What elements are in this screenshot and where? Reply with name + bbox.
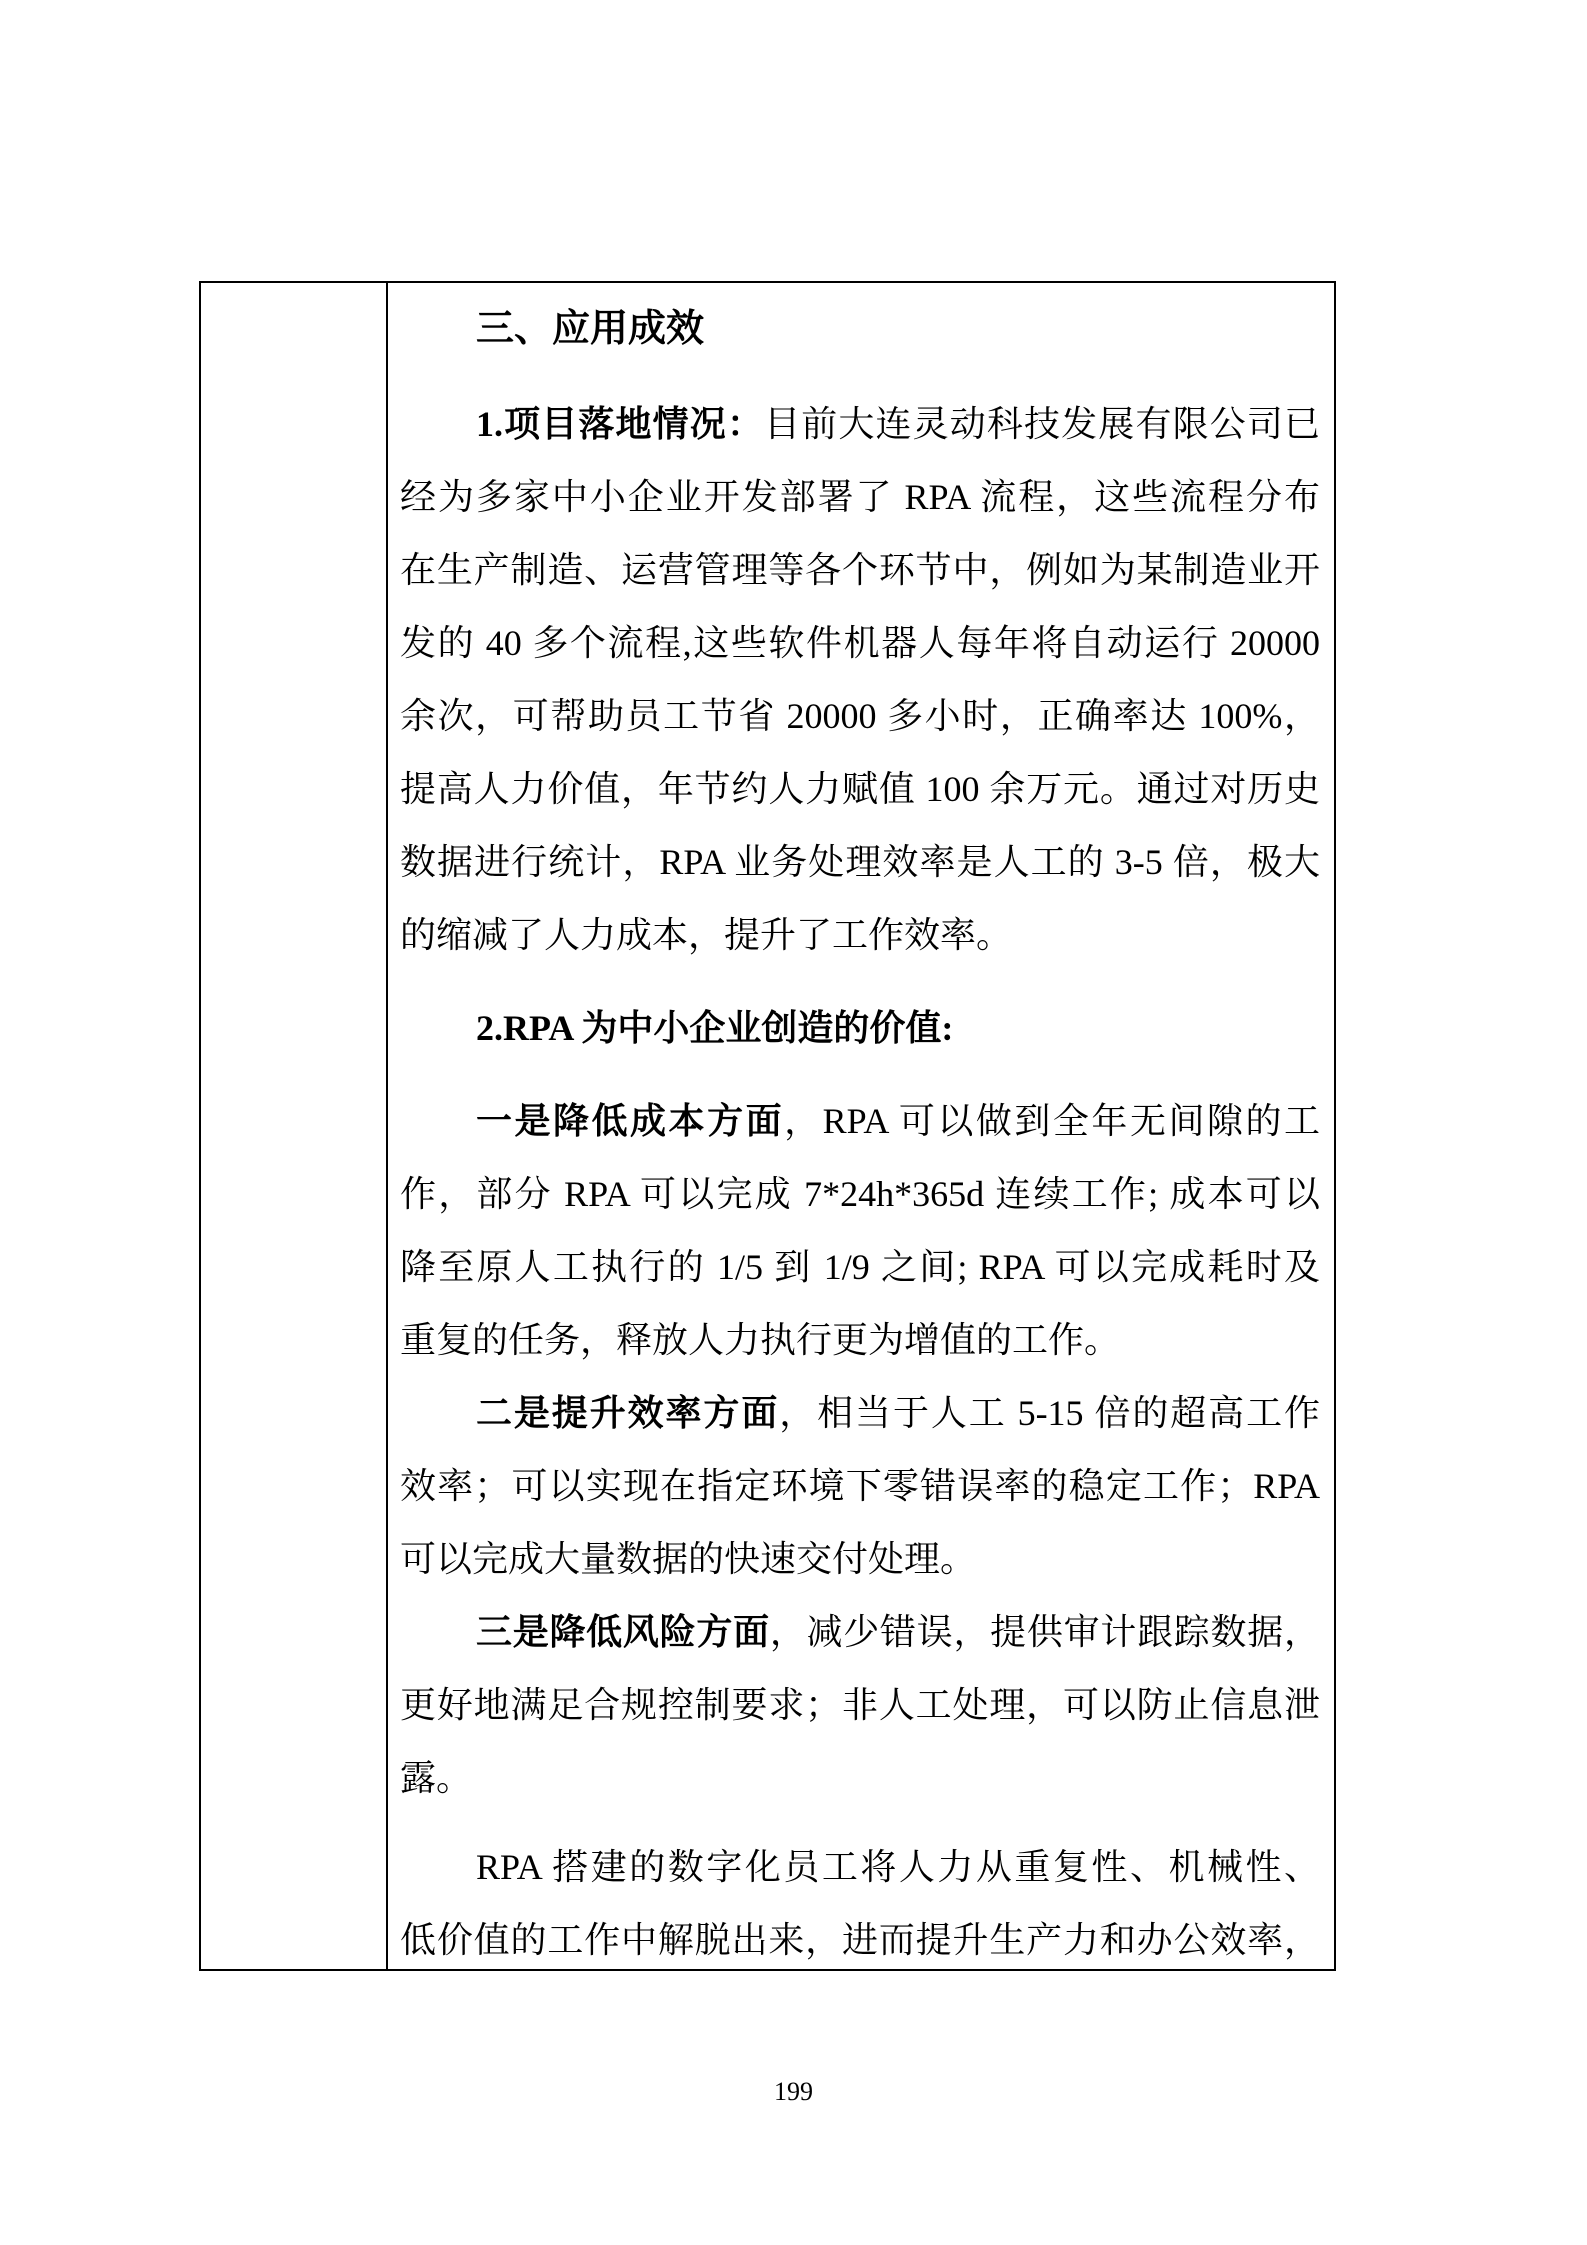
- text-segment: 提高人力价值，年节约人力赋值 100 余万元。通过对历史: [400, 769, 1320, 809]
- bold-text-segment: 1.项目落地情况：: [476, 404, 764, 444]
- text-segment: 更好地满足合规控制要求；非人工处理，可以防止信息泄: [400, 1685, 1320, 1725]
- text-segment: ，减少错误，提供审计跟踪数据，: [770, 1612, 1320, 1652]
- text-segment: 余次，可帮助员工节省 20000 多小时，正确率达 100%，: [400, 696, 1320, 736]
- document-table: 三、应用成效1.项目落地情况：目前大连灵动科技发展有限公司已经为多家中小企业开发…: [199, 281, 1336, 1971]
- text-segment: ，相当于人工 5-15 倍的超高工作: [779, 1393, 1320, 1433]
- text-line: 三是降低风险方面，减少错误，提供审计跟踪数据，: [400, 1596, 1320, 1669]
- text-line: RPA 搭建的数字化员工将人力从重复性、机械性、: [400, 1831, 1320, 1904]
- text-segment: 效率；可以实现在指定环境下零错误率的稳定工作；RPA: [400, 1466, 1320, 1506]
- text-line: 发的 40 多个流程,这些软件机器人每年将自动运行 20000: [400, 607, 1320, 680]
- text-segment: RPA 搭建的数字化员工将人力从重复性、机械性、: [476, 1847, 1320, 1887]
- text-line: 余次，可帮助员工节省 20000 多小时，正确率达 100%，: [400, 680, 1320, 753]
- text-segment: 可以完成大量数据的快速交付处理。: [400, 1539, 976, 1579]
- text-segment: 目前大连灵动科技发展有限公司已: [764, 404, 1320, 444]
- bold-text-segment: 2.RPA 为中小企业创造的价值:: [476, 1008, 953, 1048]
- text-line: 在生产制造、运营管理等各个环节中，例如为某制造业开: [400, 534, 1320, 607]
- text-line: 提高人力价值，年节约人力赋值 100 余万元。通过对历史: [400, 753, 1320, 826]
- bold-text-segment: 二是提升效率方面: [476, 1393, 779, 1433]
- text-line: 可以完成大量数据的快速交付处理。: [400, 1523, 1320, 1596]
- text-line: 更好地满足合规控制要求；非人工处理，可以防止信息泄: [400, 1669, 1320, 1742]
- text-segment: ，RPA 可以做到全年无间隙的工: [784, 1101, 1320, 1141]
- bold-text-segment: 三、应用成效: [476, 308, 704, 350]
- text-segment: 重复的任务，释放人力执行更为增值的工作。: [400, 1320, 1120, 1360]
- text-segment: 降至原人工执行的 1/5 到 1/9 之间; RPA 可以完成耗时及: [400, 1247, 1320, 1287]
- bold-text-segment: 三是降低风险方面: [476, 1612, 770, 1652]
- table-empty-side-cell: [201, 283, 388, 1969]
- text-segment: 露。: [400, 1758, 472, 1798]
- text-segment: 作，部分 RPA 可以完成 7*24h*365d 连续工作; 成本可以: [400, 1174, 1320, 1214]
- text-segment: 低价值的工作中解脱出来，进而提升生产力和办公效率，: [400, 1920, 1320, 1960]
- text-segment: 的缩减了人力成本，提升了工作效率。: [400, 915, 1012, 955]
- text-line: 2.RPA 为中小企业创造的价值:: [400, 992, 1320, 1065]
- text-line: 1.项目落地情况：目前大连灵动科技发展有限公司已: [400, 388, 1320, 461]
- text-line: 经为多家中小企业开发部署了 RPA 流程，这些流程分布: [400, 461, 1320, 534]
- text-line: 的缩减了人力成本，提升了工作效率。: [400, 899, 1320, 972]
- text-segment: 数据进行统计，RPA 业务处理效率是人工的 3-5 倍，极大: [400, 842, 1320, 882]
- text-line: 露。: [400, 1742, 1320, 1815]
- text-line: 三、应用成效: [400, 293, 1320, 366]
- bold-text-segment: 一是降低成本方面: [476, 1101, 784, 1141]
- text-segment: 发的 40 多个流程,这些软件机器人每年将自动运行 20000: [400, 623, 1320, 663]
- text-line: 降至原人工执行的 1/5 到 1/9 之间; RPA 可以完成耗时及: [400, 1231, 1320, 1304]
- text-segment: 经为多家中小企业开发部署了 RPA 流程，这些流程分布: [400, 477, 1320, 517]
- text-line: 作，部分 RPA 可以完成 7*24h*365d 连续工作; 成本可以: [400, 1158, 1320, 1231]
- text-line: 效率；可以实现在指定环境下零错误率的稳定工作；RPA: [400, 1450, 1320, 1523]
- document-page: { "page": { "number": "199" }, "colors":…: [0, 0, 1587, 2245]
- text-line: 一是降低成本方面，RPA 可以做到全年无间隙的工: [400, 1085, 1320, 1158]
- text-line: 二是提升效率方面，相当于人工 5-15 倍的超高工作: [400, 1377, 1320, 1450]
- table-content-cell: 三、应用成效1.项目落地情况：目前大连灵动科技发展有限公司已经为多家中小企业开发…: [388, 283, 1334, 1969]
- text-segment: 在生产制造、运营管理等各个环节中，例如为某制造业开: [400, 550, 1320, 590]
- page-number: 199: [0, 2072, 1587, 2112]
- text-line: 低价值的工作中解脱出来，进而提升生产力和办公效率，: [400, 1904, 1320, 1969]
- text-line: 数据进行统计，RPA 业务处理效率是人工的 3-5 倍，极大: [400, 826, 1320, 899]
- text-line: 重复的任务，释放人力执行更为增值的工作。: [400, 1304, 1320, 1377]
